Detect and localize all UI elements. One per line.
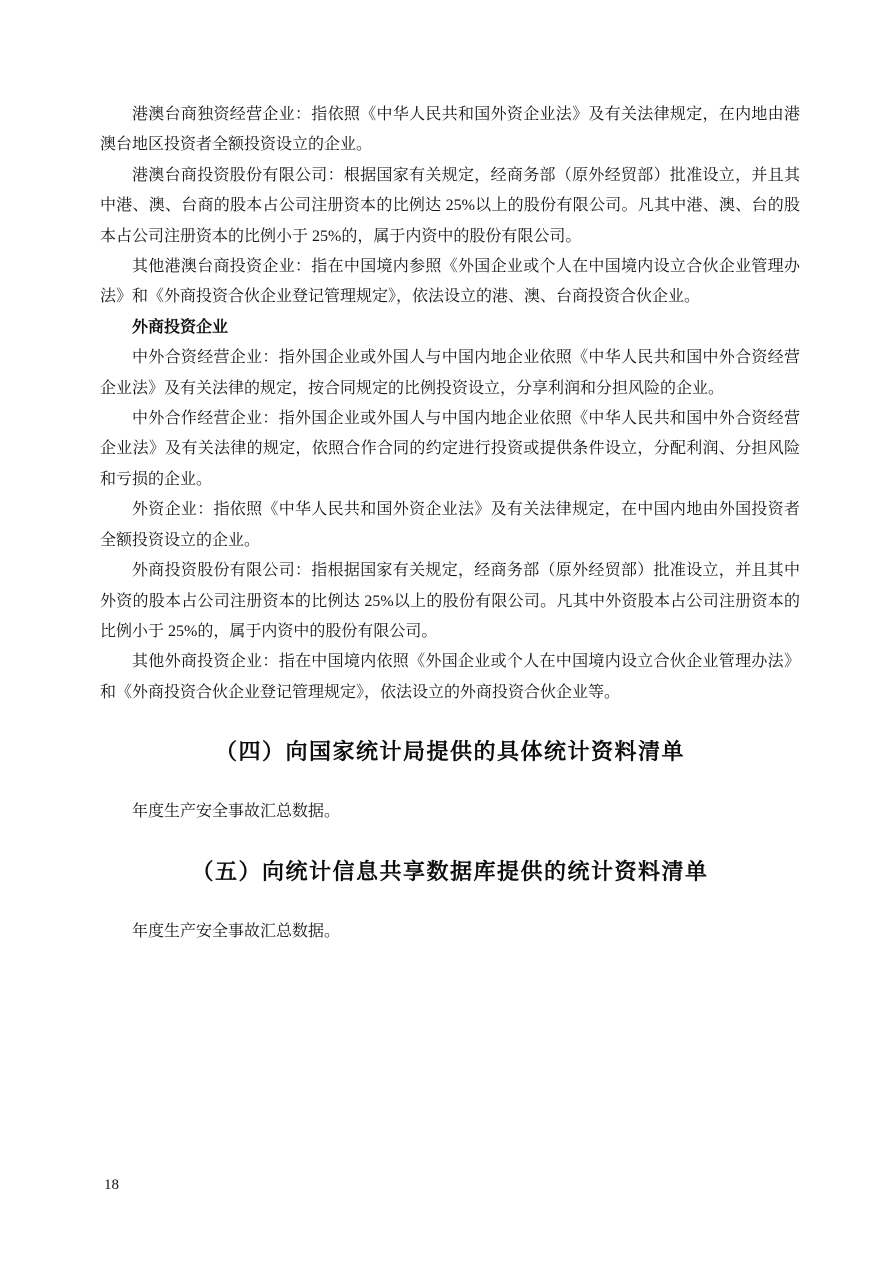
page-content: 港澳台商独资经营企业：指依照《中华人民共和国外资企业法》及有关法律规定，在内地由… <box>100 100 800 947</box>
paragraph-sino-foreign-joint-venture: 中外合资经营企业：指外国企业或外国人与中国内地企业依照《中华人民共和国中外合资经… <box>100 343 800 404</box>
document-page: 港澳台商独资经营企业：指依照《中华人民共和国外资企业法》及有关法律规定，在内地由… <box>0 0 893 1263</box>
paragraph-foreign-enterprise: 外资企业：指依照《中华人民共和国外资企业法》及有关法律规定，在中国内地由外国投资… <box>100 495 800 556</box>
page-number: 18 <box>104 1176 119 1194</box>
section-heading-4: （四）向国家统计局提供的具体统计资料清单 <box>100 737 800 767</box>
paragraph-sino-foreign-cooperative: 中外合作经营企业：指外国企业或外国人与中国内地企业依照《中华人民共和国中外合资经… <box>100 404 800 495</box>
paragraph-hkmt-sole-venture: 港澳台商独资经营企业：指依照《中华人民共和国外资企业法》及有关法律规定，在内地由… <box>100 100 800 161</box>
section-heading-5: （五）向统计信息共享数据库提供的统计资料清单 <box>100 857 800 887</box>
paragraph-annual-accident-data-1: 年度生产安全事故汇总数据。 <box>100 797 800 827</box>
paragraph-hkmt-shareholding-company: 港澳台商投资股份有限公司：根据国家有关规定，经商务部（原外经贸部）批准设立，并且… <box>100 161 800 252</box>
paragraph-other-foreign-investment: 其他外商投资企业：指在中国境内依照《外国企业或个人在中国境内设立合伙企业管理办法… <box>100 647 800 708</box>
paragraph-foreign-shareholding-company: 外商投资股份有限公司：指根据国家有关规定，经商务部（原外经贸部）批准设立，并且其… <box>100 556 800 647</box>
paragraph-other-hkmt-investment: 其他港澳台商投资企业：指在中国境内参照《外国企业或个人在中国境内设立合伙企业管理… <box>100 252 800 313</box>
paragraph-annual-accident-data-2: 年度生产安全事故汇总数据。 <box>100 917 800 947</box>
subheading-foreign-invested-enterprises: 外商投资企业 <box>100 313 800 343</box>
